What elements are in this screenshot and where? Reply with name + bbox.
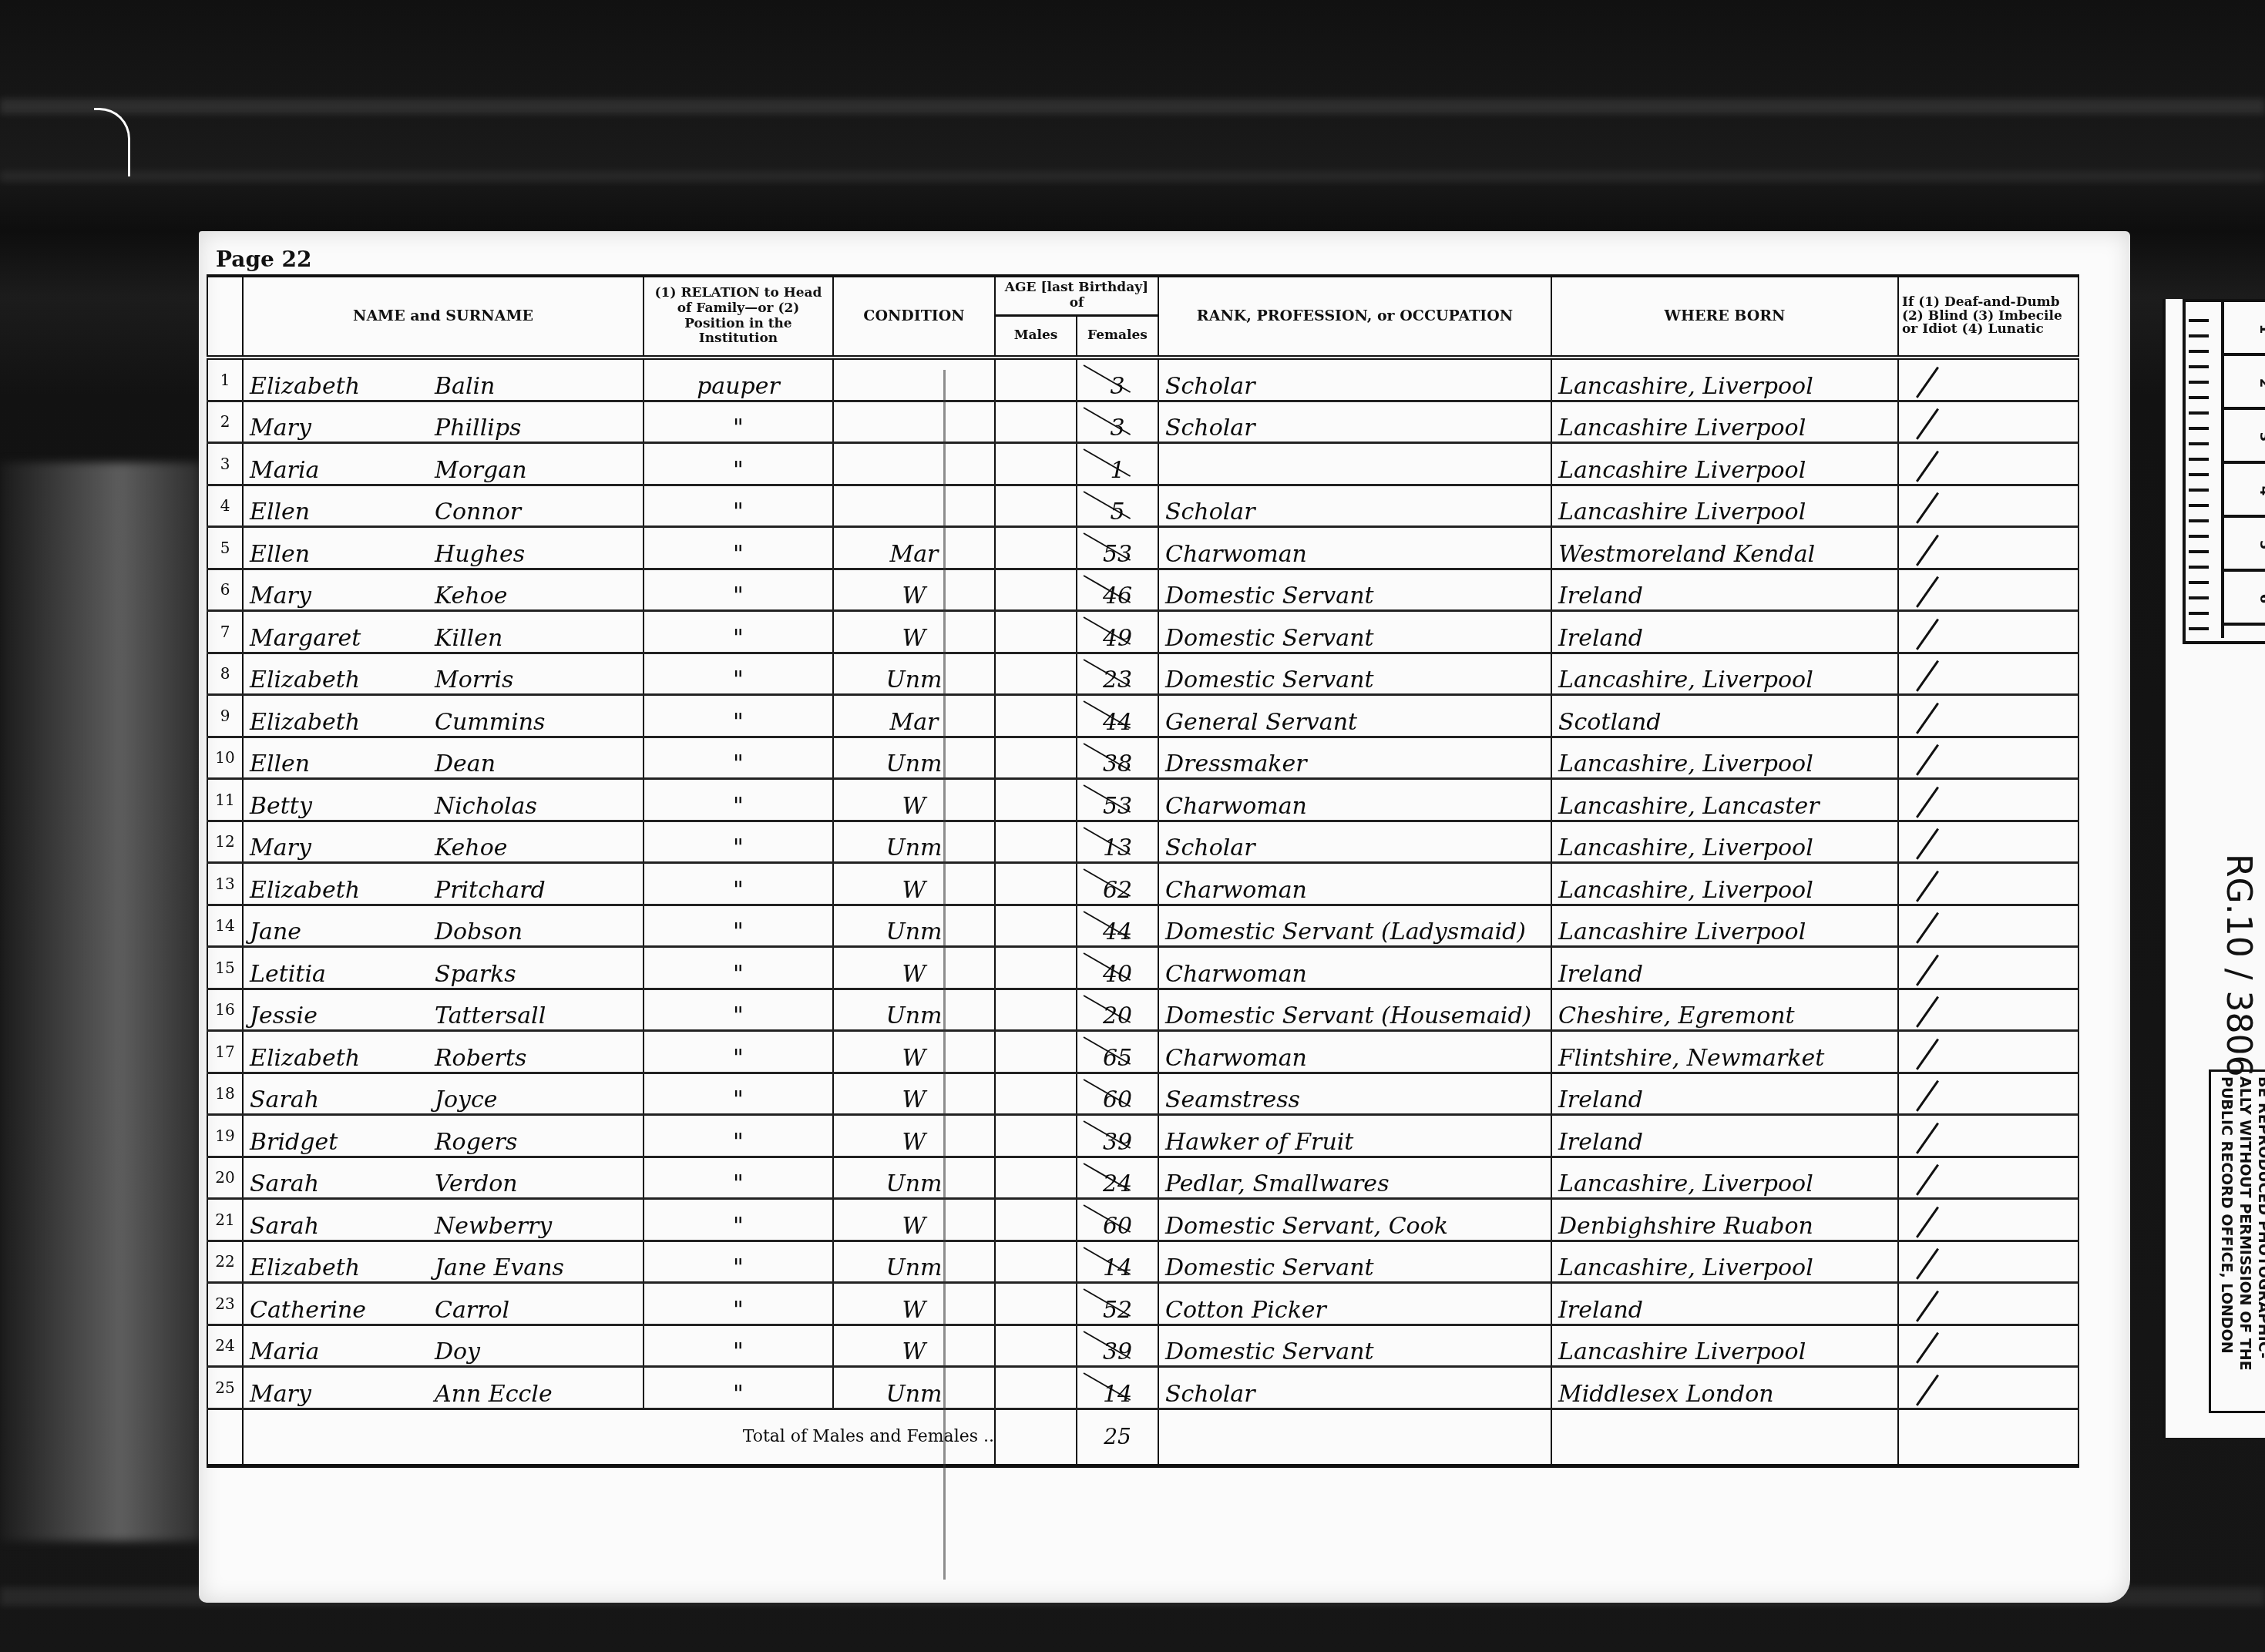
where-born: Lancashire, Liverpool [1551,863,1898,905]
relation: " [644,1031,833,1073]
person-name: JaneDobson [243,905,644,947]
age-males [995,1325,1077,1367]
census-row: 10EllenDean"Unm38DressmakerLancashire, L… [207,737,2078,779]
surname: Pritchard [435,877,546,904]
person-name: ElizabethPritchard [243,863,644,905]
occupation: Pedlar, Smallwares [1158,1157,1551,1199]
relation: " [644,443,833,485]
where-born: Ireland [1551,947,1898,989]
age-males [995,527,1077,569]
total-females: 25 [1077,1409,1158,1466]
census-row: 16JessieTattersall"Unm20Domestic Servant… [207,989,2078,1031]
first-name: Elizabeth [250,1254,435,1281]
person-name: ElizabethMorris [243,653,644,695]
ruler-tick [2189,411,2209,415]
surname: Newberry [435,1213,552,1240]
scan-band [0,171,2265,182]
first-name: Elizabeth [250,877,435,904]
ruler-cm-scale: 123456 [2221,302,2265,638]
ruler-tick [2189,612,2209,615]
occupation: Charwoman [1158,779,1551,821]
where-born: Ireland [1551,569,1898,611]
first-name: Mary [250,583,435,609]
condition: Unm [833,1367,995,1409]
age-males [995,1199,1077,1241]
census-row: 7MargaretKillen"W49Domestic ServantIrela… [207,611,2078,653]
age-males [995,863,1077,905]
condition [833,443,995,485]
infirmity [1898,737,2078,779]
age-females: 44 [1077,905,1158,947]
row-number: 7 [207,611,243,653]
age-males [995,779,1077,821]
relation: " [644,1283,833,1325]
ruler-cm-mark: 2 [2224,356,2265,410]
row-number: 1 [207,358,243,401]
age-females: 65 [1077,1031,1158,1073]
tick-mark-icon [1916,450,1939,482]
header-relation: (1) RELATION to Head of Family—or (2) Po… [644,276,833,358]
row-number: 8 [207,653,243,695]
census-row: 4EllenConnor"5ScholarLancashire Liverpoo… [207,485,2078,527]
tick-mark-icon [1916,786,1939,818]
row-number: 20 [207,1157,243,1199]
condition [833,485,995,527]
age-males [995,401,1077,443]
surname: Rogers [435,1129,517,1156]
infirmity [1898,443,2078,485]
row-number: 9 [207,695,243,737]
relation: " [644,653,833,695]
tick-mark-icon [1916,492,1939,524]
infirmity [1898,653,2078,695]
age-females: 49 [1077,611,1158,653]
copyright-stamp: BE REPRODUCED PHOTOGRAPHIC-ALLY WITHOUT … [2209,1069,2265,1413]
first-name: Mary [250,415,435,442]
surname: Doy [435,1338,480,1365]
age-females: 5 [1077,485,1158,527]
person-name: CatherineCarrol [243,1283,644,1325]
age-males [995,1367,1077,1409]
row-number: 4 [207,485,243,527]
relation: " [644,737,833,779]
where-born: Denbighshire Ruabon [1551,1199,1898,1241]
census-table: NAME and SURNAME (1) RELATION to Head of… [207,274,2079,1468]
first-name: Ellen [250,750,435,777]
age-females: 39 [1077,1325,1158,1367]
age-females: 1 [1077,443,1158,485]
tick-mark-icon [1916,1248,1939,1280]
ruler-tick [2189,396,2209,399]
relation: " [644,1241,833,1283]
relation: pauper [644,358,833,401]
ruler-tick [2189,596,2209,599]
relation: " [644,401,833,443]
age-females: 23 [1077,653,1158,695]
condition [833,401,995,443]
occupation: Domestic Servant [1158,611,1551,653]
tick-mark-icon [1916,1080,1939,1112]
occupation: Domestic Servant, Cook [1158,1199,1551,1241]
person-name: ElizabethJane Evans [243,1241,644,1283]
person-name: MaryKehoe [243,821,644,863]
surname: Balin [435,373,495,400]
total-spacer [207,1409,243,1466]
where-born: Lancashire Liverpool [1551,443,1898,485]
ruler-tick [2189,365,2209,368]
ruler-tick [2189,627,2209,630]
person-name: BettyNicholas [243,779,644,821]
condition: W [833,1031,995,1073]
first-name: Elizabeth [250,1045,435,1072]
person-name: SarahNewberry [243,1199,644,1241]
person-name: EllenDean [243,737,644,779]
tick-mark-icon [1916,1164,1939,1196]
row-number: 25 [207,1367,243,1409]
surname: Ann Eccle [435,1381,553,1408]
copyright-line: ALLY WITHOUT PERMISSION OF THE [2236,1076,2254,1371]
infirmity [1898,989,2078,1031]
occupation: Scholar [1158,485,1551,527]
first-name: Mary [250,1381,435,1408]
ruler-tick [2189,519,2209,522]
row-number: 17 [207,1031,243,1073]
relation: " [644,611,833,653]
occupation: Domestic Servant [1158,1241,1551,1283]
relation: " [644,1073,833,1115]
occupation: Dressmaker [1158,737,1551,779]
tick-mark-icon [1916,954,1939,985]
infirmity [1898,1283,2078,1325]
row-number: 14 [207,905,243,947]
ruler-tick [2189,381,2209,384]
condition: W [833,1325,995,1367]
surname: Joyce [435,1086,498,1113]
first-name: Maria [250,457,435,484]
piece-reference: RG.10 / 3806 [2219,854,2258,1076]
scan-band [0,99,2265,114]
infirmity [1898,569,2078,611]
occupation: Domestic Servant [1158,653,1551,695]
header-females: Females [1077,316,1158,358]
age-females: 60 [1077,1073,1158,1115]
surname: Hughes [435,541,525,568]
age-males [995,1283,1077,1325]
ruler-tick [2189,458,2209,461]
condition: W [833,947,995,989]
surname: Carrol [435,1297,509,1324]
census-row: 1ElizabethBalinpauper3ScholarLancashire,… [207,358,2078,401]
relation: " [644,569,833,611]
age-females: 3 [1077,401,1158,443]
first-name: Sarah [250,1170,435,1197]
occupation: Hawker of Fruit [1158,1115,1551,1157]
relation: " [644,527,833,569]
infirmity [1898,527,2078,569]
where-born: Lancashire Liverpool [1551,401,1898,443]
surname: Dobson [435,918,523,945]
total-spacer [1158,1409,1551,1466]
where-born: Lancashire Liverpool [1551,1325,1898,1367]
age-males [995,569,1077,611]
occupation: General Servant [1158,695,1551,737]
row-number: 11 [207,779,243,821]
where-born: Scotland [1551,695,1898,737]
relation: " [644,1157,833,1199]
relation: " [644,989,833,1031]
occupation: Charwoman [1158,863,1551,905]
hook-mark-icon [94,108,130,176]
person-name: MaryAnn Eccle [243,1367,644,1409]
census-row: 5EllenHughes"Mar53CharwomanWestmoreland … [207,527,2078,569]
age-males [995,1115,1077,1157]
tick-mark-icon [1916,702,1939,734]
header-row-number [207,276,243,358]
where-born: Lancashire, Lancaster [1551,779,1898,821]
census-row: 24MariaDoy"W39Domestic ServantLancashire… [207,1325,2078,1367]
occupation: Scholar [1158,401,1551,443]
header-name: NAME and SURNAME [243,276,644,358]
ruler-cm-mark: 4 [2224,464,2265,518]
surname: Dean [435,750,496,777]
age-males [995,905,1077,947]
relation: " [644,1199,833,1241]
condition: W [833,611,995,653]
person-name: ElizabethBalin [243,358,644,401]
age-females: 39 [1077,1115,1158,1157]
surname: Sparks [435,961,516,988]
tick-mark-icon [1916,1374,1939,1405]
condition: Mar [833,527,995,569]
header-age: AGE [last Birthday] of [995,276,1158,316]
ruler-tick [2189,581,2209,584]
condition: Unm [833,905,995,947]
pencil-line [943,370,946,1580]
census-row: 13ElizabethPritchard"W62CharwomanLancash… [207,863,2078,905]
occupation: Domestic Servant (Housemaid) [1158,989,1551,1031]
condition: Unm [833,1241,995,1283]
first-name: Ellen [250,541,435,568]
condition: W [833,779,995,821]
surname: Jane Evans [435,1254,564,1281]
where-born: Lancashire, Liverpool [1551,358,1898,401]
row-number: 3 [207,443,243,485]
where-born: Lancashire, Liverpool [1551,1157,1898,1199]
infirmity [1898,1325,2078,1367]
occupation: Charwoman [1158,527,1551,569]
tick-mark-icon [1916,1038,1939,1069]
age-females: 53 [1077,779,1158,821]
where-born: Lancashire, Liverpool [1551,821,1898,863]
first-name: Catherine [250,1297,435,1324]
infirmity [1898,358,2078,401]
census-row: 20SarahVerdon"Unm24Pedlar, SmallwaresLan… [207,1157,2078,1199]
surname: Nicholas [435,793,537,820]
ruler-cm-mark: 6 [2224,572,2265,626]
occupation: Scholar [1158,358,1551,401]
infirmity [1898,1157,2078,1199]
age-females: 60 [1077,1199,1158,1241]
infirmity [1898,1241,2078,1283]
archive-strip: 123456 RG.10 / 3806 BE REPRODUCED PHOTOG… [2163,299,2265,1438]
age-females: 24 [1077,1157,1158,1199]
age-males [995,485,1077,527]
census-scan: Page 22 NAME and SURNAME (1) RELATION to… [0,0,2265,1652]
ruler-tick [2189,535,2209,538]
infirmity [1898,695,2078,737]
header-where-born: WHERE BORN [1551,276,1898,358]
census-row: 2MaryPhillips"3ScholarLancashire Liverpo… [207,401,2078,443]
first-name: Mary [250,834,435,861]
row-number: 16 [207,989,243,1031]
infirmity [1898,821,2078,863]
ruler-tick [2189,442,2209,445]
surname: Roberts [435,1045,526,1072]
condition: Unm [833,737,995,779]
condition: W [833,1199,995,1241]
relation: " [644,1325,833,1367]
age-males [995,358,1077,401]
ruler-tick [2189,427,2209,430]
person-name: MaryPhillips [243,401,644,443]
copyright-line: BE REPRODUCED PHOTOGRAPHIC- [2254,1076,2265,1371]
relation: " [644,1115,833,1157]
row-number: 2 [207,401,243,443]
occupation: Charwoman [1158,1031,1551,1073]
person-name: BridgetRogers [243,1115,644,1157]
person-name: MargaretKillen [243,611,644,653]
census-row: 17ElizabethRoberts"W65CharwomanFlintshir… [207,1031,2078,1073]
occupation: Seamstress [1158,1073,1551,1115]
age-females: 53 [1077,527,1158,569]
relation: " [644,779,833,821]
where-born: Flintshire, Newmarket [1551,1031,1898,1073]
census-row: 22ElizabethJane Evans"Unm14Domestic Serv… [207,1241,2078,1283]
census-row: 21SarahNewberry"W60Domestic Servant, Coo… [207,1199,2078,1241]
first-name: Jessie [250,1002,435,1029]
where-born: Lancashire, Liverpool [1551,1241,1898,1283]
relation: " [644,695,833,737]
age-males [995,1031,1077,1073]
occupation: Scholar [1158,821,1551,863]
census-row: 25MaryAnn Eccle"Unm14ScholarMiddlesex Lo… [207,1367,2078,1409]
age-males [995,695,1077,737]
ruler-cm-mark: 3 [2224,410,2265,464]
surname: Morgan [435,457,527,484]
row-number: 13 [207,863,243,905]
surname: Cummins [435,709,545,736]
condition: W [833,1115,995,1157]
header-condition: CONDITION [833,276,995,358]
age-males [995,821,1077,863]
age-males [995,989,1077,1031]
person-name: JessieTattersall [243,989,644,1031]
age-males [995,653,1077,695]
tick-mark-icon [1916,870,1939,902]
surname: Killen [435,625,502,652]
condition: Unm [833,653,995,695]
tick-mark-icon [1916,660,1939,692]
row-number: 18 [207,1073,243,1115]
tick-mark-icon [1916,576,1939,608]
first-name: Elizabeth [250,373,435,400]
row-number: 21 [207,1199,243,1241]
condition: W [833,569,995,611]
where-born: Lancashire, Liverpool [1551,653,1898,695]
age-males [995,1157,1077,1199]
surname: Phillips [435,415,522,442]
where-born: Cheshire, Egremont [1551,989,1898,1031]
age-males [995,443,1077,485]
ruler-tick [2189,550,2209,553]
first-name: Sarah [250,1086,435,1113]
age-females: 52 [1077,1283,1158,1325]
first-name: Margaret [250,625,435,652]
total-males [995,1409,1077,1466]
infirmity [1898,905,2078,947]
tick-mark-icon [1916,828,1939,860]
age-males [995,1241,1077,1283]
where-born: Lancashire Liverpool [1551,905,1898,947]
age-females: 38 [1077,737,1158,779]
surname: Verdon [435,1170,518,1197]
occupation: Domestic Servant (Ladysmaid) [1158,905,1551,947]
surname: Kehoe [435,834,508,861]
tick-mark-icon [1916,744,1939,776]
first-name: Elizabeth [250,709,435,736]
person-name: LetitiaSparks [243,947,644,989]
condition: Unm [833,1157,995,1199]
person-name: EllenConnor [243,485,644,527]
tick-mark-icon [1916,408,1939,440]
age-females: 14 [1077,1241,1158,1283]
age-females: 3 [1077,358,1158,401]
person-name: MariaDoy [243,1325,644,1367]
ruler-tick [2189,350,2209,353]
ruler-cm-mark: 1 [2224,302,2265,356]
census-row: 3MariaMorgan"1Lancashire Liverpool [207,443,2078,485]
first-name: Sarah [250,1213,435,1240]
age-females: 20 [1077,989,1158,1031]
tick-mark-icon [1916,912,1939,944]
tick-mark-icon [1916,1206,1939,1237]
census-row: 18SarahJoyce"W60SeamstressIreland [207,1073,2078,1115]
age-males [995,1073,1077,1115]
age-females: 40 [1077,947,1158,989]
infirmity [1898,1073,2078,1115]
census-page: Page 22 NAME and SURNAME (1) RELATION to… [199,231,2130,1603]
occupation [1158,443,1551,485]
infirmity [1898,863,2078,905]
ruler-tick [2189,489,2209,492]
ruler-tick [2189,319,2209,322]
header-males: Males [995,316,1077,358]
condition: Mar [833,695,995,737]
first-name: Letitia [250,961,435,988]
tick-mark-icon [1916,1122,1939,1153]
infirmity [1898,485,2078,527]
infirmity [1898,1031,2078,1073]
relation: " [644,1367,833,1409]
total-row: Total of Males and Females .. 25 [207,1409,2078,1466]
tick-mark-icon [1916,534,1939,566]
census-row: 9ElizabethCummins"Mar44General ServantSc… [207,695,2078,737]
census-row: 6MaryKehoe"W46Domestic ServantIreland [207,569,2078,611]
census-row: 11BettyNicholas"W53CharwomanLancashire, … [207,779,2078,821]
scan-edge-stain [0,462,200,1541]
relation: " [644,905,833,947]
census-row: 15LetitiaSparks"W40CharwomanIreland [207,947,2078,989]
